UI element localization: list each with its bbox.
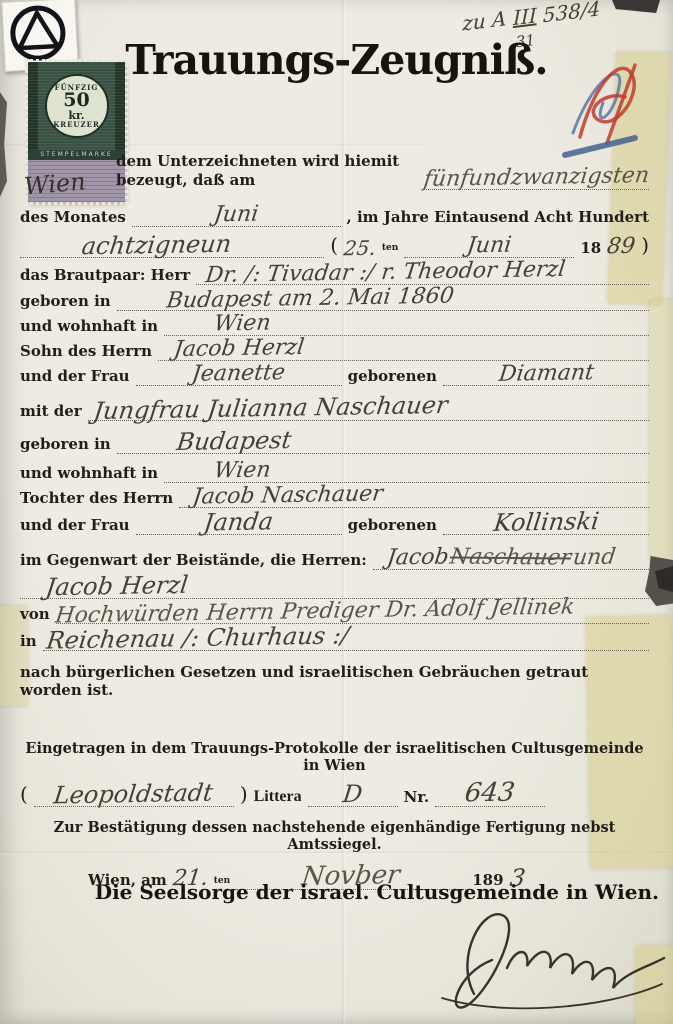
bride-label: mit der (20, 402, 82, 421)
paren-open: ( (20, 782, 28, 807)
form-row-bride-father: Tochter des Herrn Jacob Naschauer (20, 485, 649, 508)
form-row-bride-residence: und wohnhaft in Wien (20, 460, 649, 483)
form-row-officiant: von Hochwürden Herrn Prediger Dr. Adolf … (20, 601, 649, 624)
hand-groom-residence: Wien (213, 312, 272, 335)
daughter-of-label: Tochter des Herrn (20, 489, 173, 508)
residence-label: und wohnhaft in (20, 317, 158, 336)
rule-line: Wien (164, 313, 649, 336)
rabbi-signature (412, 898, 670, 1016)
hand-groom-father: Jacob Herzl (172, 336, 305, 360)
form-row-month: des Monates Juni , im Jahre Eintausend A… (20, 204, 649, 227)
form-row-attest: dem Unterzeichneten wird hiemit bezeugt,… (20, 152, 649, 190)
rule-line: Budapest (117, 429, 649, 454)
rule-line: Budapest am 2. Mai 1860 (117, 288, 649, 311)
paren-open: ( (330, 233, 338, 258)
registry-row: ( Leopoldstadt ) Littera D Nr. 643 (20, 780, 649, 807)
mother-label: und der Frau (20, 367, 130, 386)
rule-line: Jacob Herzl (158, 338, 649, 361)
mother-label2: und der Frau (20, 516, 130, 535)
rule-line: Jungfrau Julianna Naschauer (88, 396, 649, 421)
file-reference: zu A III 538/4 (461, 0, 601, 35)
rule-line: Leopoldstadt (34, 782, 234, 807)
rule-line: achtzigneun (20, 233, 324, 258)
hand-groom-name: Dr. /: Tivadar :/ r. Theodor Herzl (204, 258, 566, 286)
born-label: geboren in (20, 292, 111, 311)
tape-strip (650, 300, 673, 562)
marriage-certificate-document: zu A III 538/4 31 Trauungs-Zeugniß. FÜNF… (0, 0, 673, 1024)
hand-district: Leopoldstadt (53, 781, 215, 808)
rule-line: Dr. /: Tivadar :/ r. Theodor Herzl (196, 262, 649, 285)
hand-bride-mother-nee: Kollinski (492, 509, 600, 535)
form-row-bride: mit der Jungfrau Julianna Naschauer (20, 396, 649, 421)
rule-line: Jeanette (136, 363, 342, 386)
hand-year-word: achtzigneun (80, 231, 232, 258)
stamp-ring-bottom-label: KREUZER (53, 121, 100, 128)
rule-line: Diamant (443, 363, 649, 386)
paren-close: ) (641, 233, 649, 258)
rule-line: Juni (404, 235, 574, 258)
hand-ceremony-place: Reichenau /: Churhaus :/ (45, 623, 350, 652)
hand-groom-mother-nee: Diamant (497, 362, 595, 386)
form-row-groom-father: Sohn des Herrn Jacob Herzl (20, 338, 649, 361)
hand-wedding-day-word: fünfundzwanzigsten (423, 165, 651, 191)
file-ref-num: III (512, 5, 536, 28)
hand-bride-residence: Wien (213, 459, 272, 482)
in-label: in (20, 632, 37, 651)
year-words-label: , im Jahre Eintausend Acht Hundert (347, 208, 650, 227)
confirmation-statement: Zur Bestätigung dessen nachstehende eige… (20, 819, 649, 853)
rule-line: Wien (164, 460, 649, 483)
file-ref-prefix: zu A (462, 8, 506, 34)
rule-line: D (308, 782, 398, 807)
hand-witness-struck: Naschauer (448, 546, 572, 569)
year-printed: 18 (580, 239, 601, 258)
form-row-year: achtzigneun ( 25. ten Juni 18 89 ) (20, 233, 649, 258)
rule-line: Hochwürden Herrn Prediger Dr. Adolf Jell… (56, 601, 649, 624)
hand-groom-birth: Budapest am 2. Mai 1860 (165, 285, 455, 312)
form-row-groom-born: geboren in Budapest am 2. Mai 1860 (20, 288, 649, 311)
born-label2: geboren in (20, 435, 111, 454)
paren-close: ) (240, 782, 248, 807)
form-row-witnesses: im Gegenwart der Beistände, die Herren: … (20, 547, 649, 570)
stamp-value-circle: FÜNFZIG 50 kr. KREUZER (45, 74, 109, 138)
hand-littera: D (341, 782, 363, 806)
rule-line: Jacob Naschauer und (373, 547, 649, 570)
hand-witness1-first: Jacob (385, 546, 449, 569)
stamp-green-panel: FÜNFZIG 50 kr. KREUZER (28, 62, 125, 150)
hand-bride-mother: Janda (203, 509, 275, 534)
form-row-groom-mother: und der Frau Jeanette geborenen Diamant (20, 363, 649, 386)
hand-witness2: Jacob Herzl (44, 572, 189, 598)
month-label: des Monates (20, 208, 126, 227)
nee-label: geborenen (348, 367, 437, 386)
son-of-label: Sohn des Herrn (20, 342, 152, 361)
hand-groom-mother: Jeanette (191, 362, 287, 386)
attest-label: dem Unterzeichneten wird hiemit bezeugt,… (116, 152, 418, 190)
ten-suffix: ten (382, 243, 398, 257)
rule-line: Kollinski (443, 510, 649, 535)
littera-label: Littera (254, 787, 302, 807)
form-row-place: in Reichenau /: Churhaus :/ (20, 626, 649, 651)
rule-line: Janda (136, 510, 342, 535)
form-row-groom-residence: und wohnhaft in Wien (20, 313, 649, 336)
rule-line: 643 (435, 780, 545, 807)
von-label: von (20, 605, 50, 624)
torn-edge-mark (612, 0, 660, 13)
rule-line: Juni (132, 204, 341, 227)
groom-label: das Brautpaar: Herr (20, 266, 190, 285)
hand-month: Juni (213, 203, 260, 226)
hand-month-repeat: Juni (466, 234, 513, 257)
form-row-bride-born: geboren in Budapest (20, 429, 649, 454)
witnesses-label: im Gegenwart der Beistände, die Herren: (20, 551, 367, 570)
rule-line: Reichenau /: Churhaus :/ (43, 626, 649, 651)
hand-year-digits: 89 (606, 235, 637, 257)
stamp-value: 50 (63, 91, 89, 110)
form-row-groom: das Brautpaar: Herr Dr. /: Tivadar :/ r.… (20, 262, 649, 285)
closing-statement: nach bürgerlichen Gesetzen und israeliti… (20, 663, 649, 699)
residence-label2: und wohnhaft in (20, 464, 158, 483)
hand-bride-name: Jungfrau Julianna Naschauer (92, 392, 449, 422)
certificate-form: dem Unterzeichneten wird hiemit bezeugt,… (20, 152, 649, 699)
registry-block: Eingetragen in dem Trauungs-Protokolle d… (20, 740, 649, 890)
hand-day-number: 25. (343, 237, 377, 258)
hand-bride-father: Jacob Naschauer (192, 483, 385, 508)
stamp-handwritten-overwrite: Wien (23, 169, 86, 198)
form-row-bride-mother: und der Frau Janda geborenen Kollinski (20, 510, 649, 535)
rule-line: Jacob Naschauer (179, 485, 649, 508)
file-ref-suffix: 538/4 (542, 0, 600, 25)
nr-label: Nr. (404, 788, 429, 807)
hand-und: und (571, 546, 616, 569)
rule-line: fünfundzwanzigsten (424, 167, 649, 190)
registry-statement: Eingetragen in dem Trauungs-Protokolle d… (20, 740, 649, 774)
hand-protocol-number: 643 (464, 780, 517, 807)
nee-label2: geborenen (348, 516, 437, 535)
hand-bride-birth: Budapest (175, 428, 293, 454)
